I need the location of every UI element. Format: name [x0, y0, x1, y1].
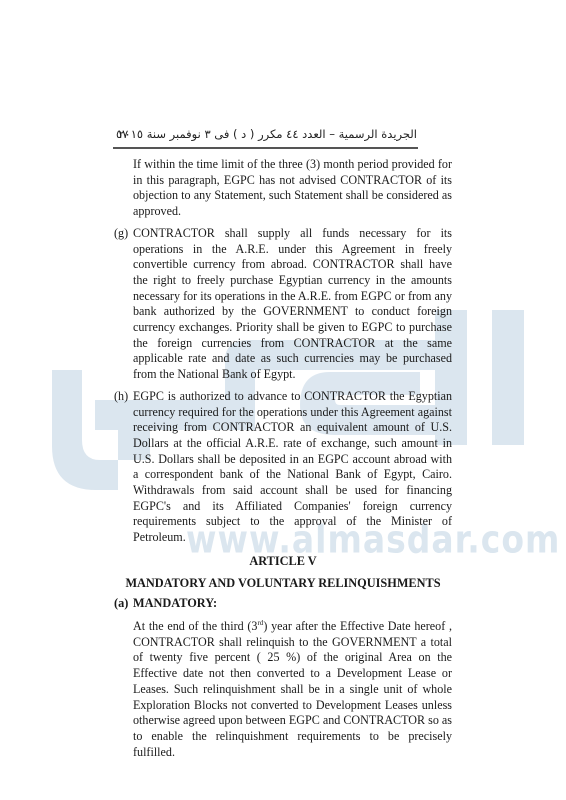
subsection-title: MANDATORY: [133, 596, 217, 610]
gazette-title: الجريدة الرسمية – العدد ٤٤ مكرر ( د ) فى… [118, 127, 417, 141]
item-text: EGPC is authorized to advance to CONTRAC… [133, 389, 452, 546]
item-label: (h) [114, 389, 128, 405]
subsection-label: (a) [114, 596, 128, 612]
subsection-heading: (a) MANDATORY: [114, 596, 452, 612]
page-number: ٥٧ [116, 127, 128, 141]
mandatory-text-rest: ) year after the Effective Date hereof ,… [133, 619, 452, 759]
header-rule [113, 147, 418, 149]
mandatory-paragraph: At the end of the third (3rd) year after… [114, 619, 452, 760]
running-header: الجريدة الرسمية – العدد ٤٤ مكرر ( د ) فى… [113, 124, 417, 146]
list-item-g: (g) CONTRACTOR shall supply all funds ne… [114, 226, 452, 383]
mandatory-text-start: At the end of the third (3 [133, 619, 257, 633]
article-heading: ARTICLE V [114, 554, 452, 570]
item-text: CONTRACTOR shall supply all funds necess… [133, 226, 452, 383]
list-item-h: (h) EGPC is authorized to advance to CON… [114, 389, 452, 546]
intro-paragraph: If within the time limit of the three (3… [114, 157, 452, 220]
item-label: (g) [114, 226, 128, 242]
document-body: If within the time limit of the three (3… [114, 157, 452, 760]
section-heading: MANDATORY AND VOLUNTARY RELINQUISHMENTS [114, 576, 452, 592]
